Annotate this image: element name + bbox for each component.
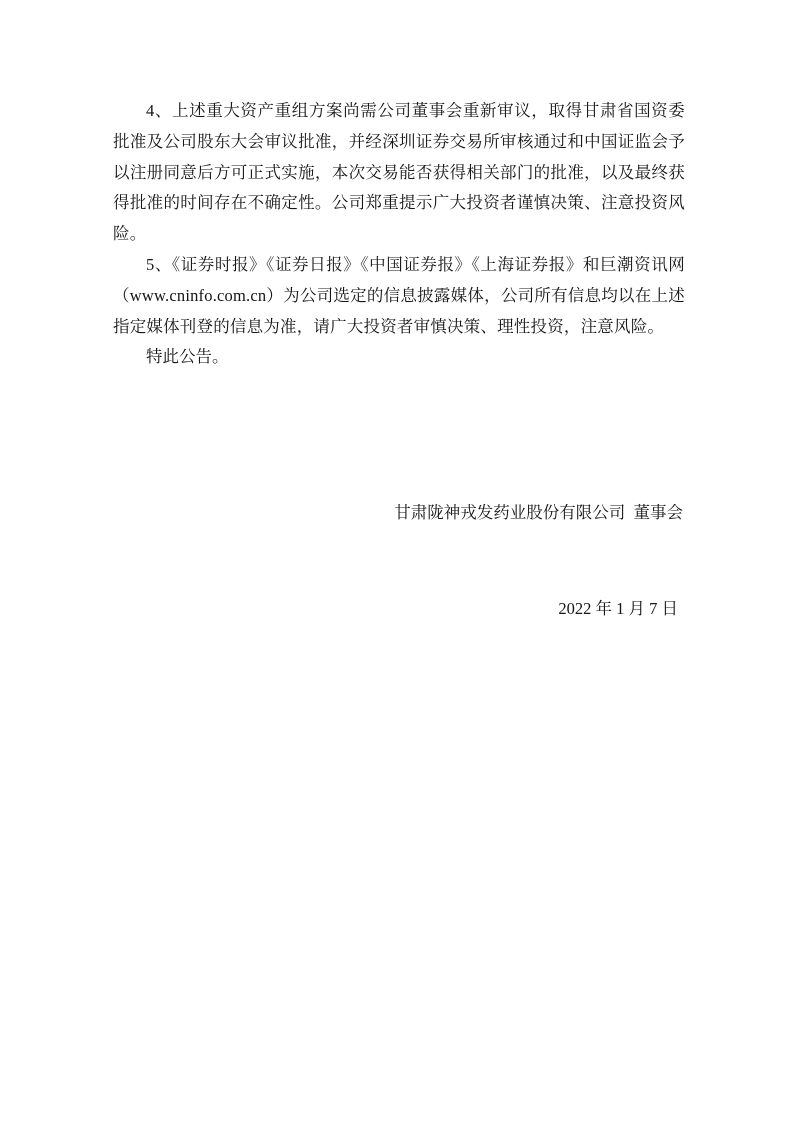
announcement-page: 4、上述重大资产重组方案尚需公司董事会重新审议，取得甘肃省国资委批准及公司股东大…	[0, 0, 793, 1122]
document-body: 4、上述重大资产重组方案尚需公司董事会重新审议，取得甘肃省国资委批准及公司股东大…	[113, 96, 685, 688]
signature-company-name: 甘肃陇神戎发药业股份有限公司 董事会	[113, 495, 685, 530]
paragraph-item-4: 4、上述重大资产重组方案尚需公司董事会重新审议，取得甘肃省国资委批准及公司股东大…	[113, 96, 685, 250]
paragraph-item-5: 5、《证券时报》《证券日报》《中国证券报》《上海证券报》和巨潮资讯网（www.c…	[113, 250, 685, 342]
signature-date: 2022 年 1 月 7 日	[113, 591, 685, 626]
signature-block: 甘肃陇神戎发药业股份有限公司 董事会 2022 年 1 月 7 日	[113, 433, 685, 688]
closing-statement: 特此公告。	[113, 342, 685, 373]
